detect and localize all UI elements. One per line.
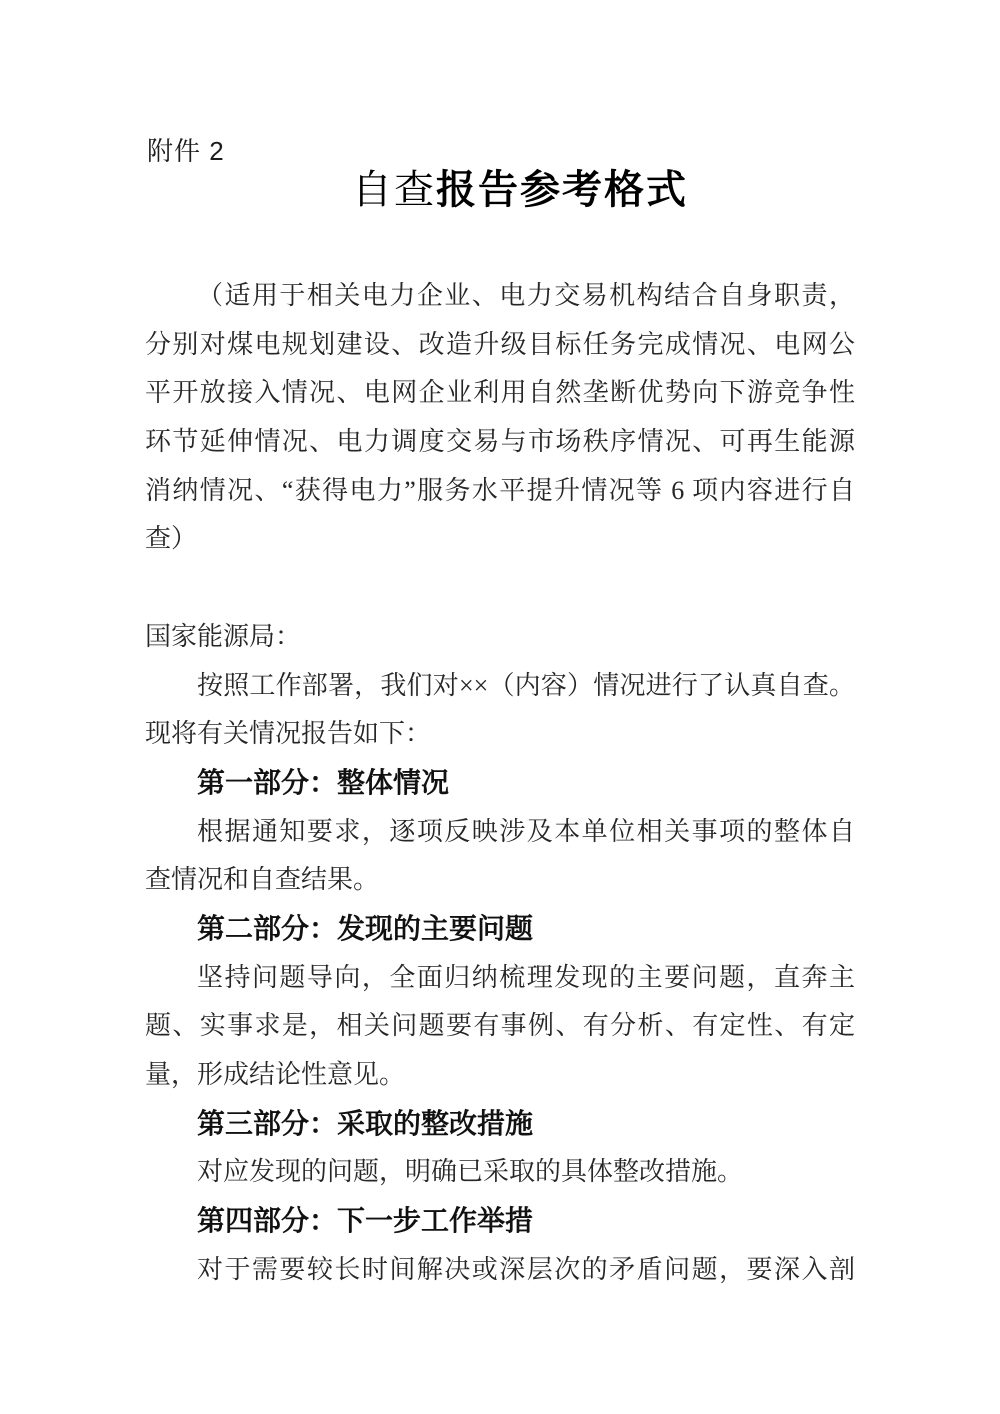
document-page: 附件 2 自查报告参考格式 （适用于相关电力企业、电力交易机构结合自身职责， 分… <box>0 0 1000 1414</box>
text-line: 坚持问题导向，全面归纳梳理发现的主要问题，直奔主 <box>145 954 855 1003</box>
text-line: 环节延伸情况、电力调度交易与市场秩序情况、可再生能源 <box>145 418 855 467</box>
section-heading: 第一部分：整体情况 <box>145 759 855 808</box>
text-line: 查情况和自查结果。 <box>145 856 855 905</box>
salutation-line: 国家能源局： <box>145 613 855 662</box>
attachment-label: 附件 2 <box>147 136 225 166</box>
text-line: 量，形成结论性意见。 <box>145 1051 855 1100</box>
text-line: 现将有关情况报告如下： <box>145 710 855 759</box>
text-line: 分别对煤电规划建设、改造升级目标任务完成情况、电网公 <box>145 321 855 370</box>
section-heading: 第二部分：发现的主要问题 <box>145 905 855 954</box>
section-heading: 第四部分：下一步工作举措 <box>145 1197 855 1246</box>
text-line: （适用于相关电力企业、电力交易机构结合自身职责， <box>145 272 855 321</box>
text-line: 按照工作部署，我们对××（内容）情况进行了认真自查。 <box>145 662 855 711</box>
text-line: 对应发现的问题，明确已采取的具体整改措施。 <box>145 1148 855 1197</box>
text-line: 题、实事求是，相关问题要有事例、有分析、有定性、有定 <box>145 1002 855 1051</box>
document-body: （适用于相关电力企业、电力交易机构结合自身职责， 分别对煤电规划建设、改造升级目… <box>145 272 855 1294</box>
text-line: 消纳情况、“获得电力”服务水平提升情况等 6 项内容进行自 <box>145 467 855 516</box>
document-title: 自查报告参考格式 <box>0 166 1000 214</box>
text-line: 平开放接入情况、电网企业利用自然垄断优势向下游竞争性 <box>145 369 855 418</box>
section-heading: 第三部分：采取的整改措施 <box>145 1100 855 1149</box>
text-line: 根据通知要求，逐项反映涉及本单位相关事项的整体自 <box>145 808 855 857</box>
text-line: 对于需要较长时间解决或深层次的矛盾问题，要深入剖 <box>145 1246 855 1295</box>
text-line: 查） <box>145 515 855 564</box>
title-regular-part: 自查 <box>352 167 436 212</box>
blank-line <box>145 564 855 613</box>
title-bold-part: 报告参考格式 <box>436 167 688 212</box>
